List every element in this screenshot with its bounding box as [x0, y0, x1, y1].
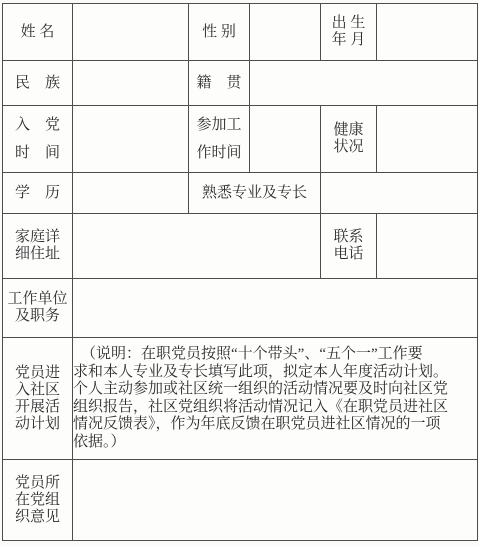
- row-work-unit: 工作单位 及职务: [3, 279, 478, 338]
- work-unit-value-cell: [73, 279, 478, 338]
- form-page: 姓 名 性 别 出 生 年 月 民 族 籍 贯 入 党 时 间 参加工 作时间 …: [0, 3, 479, 547]
- community-plan-note: （说明：在职党员按照“十个带头”、“五个一”工作要 求和本人专业及专长填写此项，…: [73, 338, 478, 460]
- specialty-label: 熟悉专业及专长: [189, 173, 321, 214]
- work-start-time-label: 参加工 作时间: [189, 106, 250, 173]
- home-address-label: 家庭详 细住址: [3, 214, 73, 279]
- birth-date-value-cell: [377, 4, 478, 61]
- party-join-time-label: 入 党 时 间: [3, 106, 73, 173]
- org-opinion-value-cell: [73, 460, 478, 541]
- row-ethnicity-native-place: 民 族 籍 贯: [3, 61, 478, 106]
- row-education-specialty: 学 历 熟悉专业及专长: [3, 173, 478, 214]
- party-join-time-value-cell: [73, 106, 189, 173]
- row-community-plan: 党员进 入社区 开展活 动计划 （说明：在职党员按照“十个带头”、“五个一”工作…: [3, 338, 478, 460]
- gender-label: 性 别: [189, 4, 250, 61]
- row-party-time-work-time-health: 入 党 时 间 参加工 作时间 健康 状况: [3, 106, 478, 173]
- gender-value-cell: [250, 4, 321, 61]
- ethnicity-label: 民 族: [3, 61, 73, 106]
- community-plan-label: 党员进 入社区 开展活 动计划: [3, 338, 73, 460]
- ethnicity-value-cell: [73, 61, 189, 106]
- row-org-opinion: 党员所 在党组 织意见: [3, 460, 478, 541]
- education-label: 学 历: [3, 173, 73, 214]
- home-address-value-cell: [73, 214, 321, 279]
- row-name-gender-birth: 姓 名 性 别 出 生 年 月: [3, 4, 478, 61]
- phone-value-cell: [377, 214, 478, 279]
- native-place-value-cell: [250, 61, 478, 106]
- health-label: 健康 状况: [321, 106, 377, 173]
- specialty-value-cell: [321, 173, 478, 214]
- name-value-cell: [73, 4, 189, 61]
- birth-date-label: 出 生 年 月: [321, 4, 377, 61]
- work-start-time-value-cell: [250, 106, 321, 173]
- health-value-cell: [377, 106, 478, 173]
- registration-form-table: 姓 名 性 别 出 生 年 月 民 族 籍 贯 入 党 时 间 参加工 作时间 …: [2, 3, 478, 541]
- org-opinion-label: 党员所 在党组 织意见: [3, 460, 73, 541]
- education-value-cell: [73, 173, 189, 214]
- name-label: 姓 名: [3, 4, 73, 61]
- phone-label: 联系 电话: [321, 214, 377, 279]
- native-place-label: 籍 贯: [189, 61, 250, 106]
- work-unit-label: 工作单位 及职务: [3, 279, 73, 338]
- row-address-phone: 家庭详 细住址 联系 电话: [3, 214, 478, 279]
